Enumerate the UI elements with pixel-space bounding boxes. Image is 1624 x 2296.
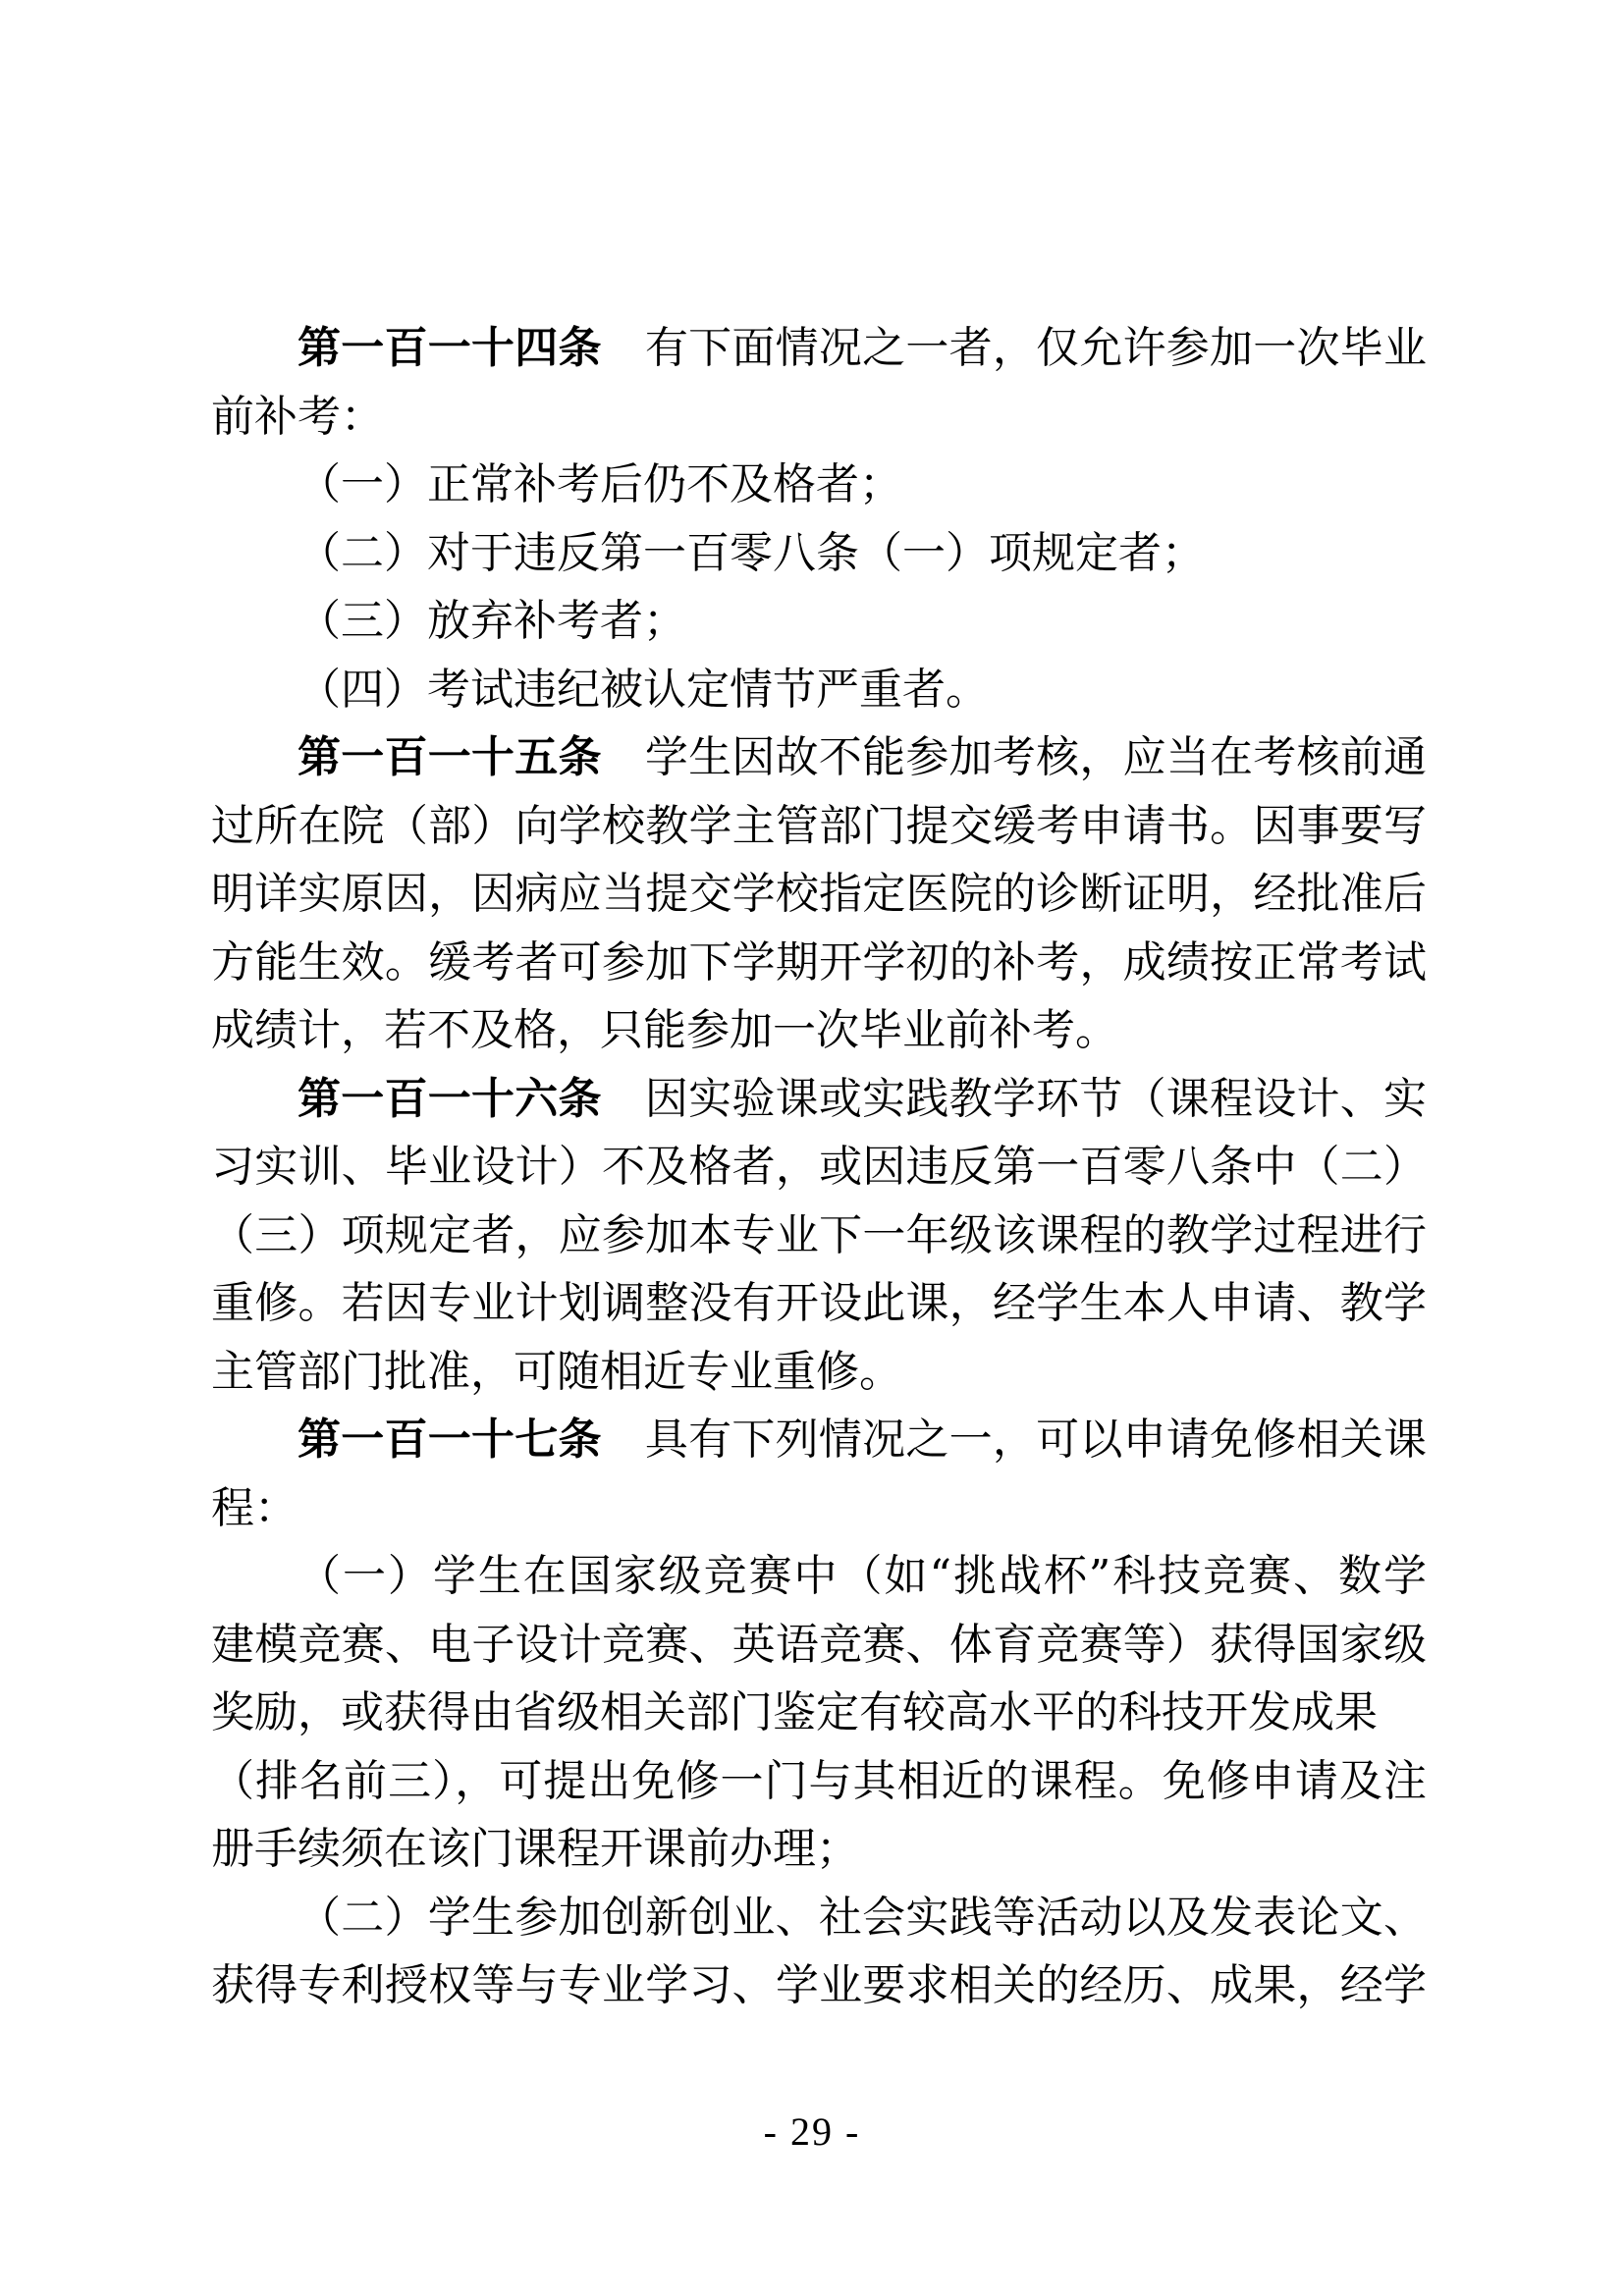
article-114-line: 前补考：: [211, 383, 1427, 452]
article-116-line: 重修。若因专业计划调整没有开设此课，经学生本人申请、教学: [211, 1269, 1427, 1338]
article-115-line: 方能生效。缓考者可参加下学期开学初的补考，成绩按正常考试: [211, 929, 1427, 997]
article-text: 有下面情况之一者，仅允许参加一次毕业: [645, 323, 1427, 373]
article-117-item-1-line: 奖励，或获得由省级相关部门鉴定有较高水平的科技开发成果: [211, 1679, 1427, 1747]
article-115-line: 明详实原因，因病应当提交学校指定医院的诊断证明，经批准后: [211, 860, 1427, 929]
page-number: - 29 -: [0, 2109, 1624, 2155]
article-117-item-1-line: （排名前三），可提出免修一门与其相近的课程。免修申请及注: [211, 1747, 1427, 1816]
body-text: 第一百一十四条有下面情况之一者，仅允许参加一次毕业 前补考： （一）正常补考后仍…: [211, 314, 1427, 2020]
article-114-item-4: （四）考试违纪被认定情节严重者。: [211, 656, 1427, 724]
article-117-item-2-line: （二）学生参加创新创业、社会实践等活动以及发表论文、: [211, 1884, 1427, 1952]
article-text: 因实验课或实践教学环节（课程设计、实: [645, 1074, 1427, 1124]
document-page: 第一百一十四条有下面情况之一者，仅允许参加一次毕业 前补考： （一）正常补考后仍…: [0, 0, 1624, 2296]
article-number: 第一百一十六条: [298, 1074, 602, 1124]
article-number: 第一百一十四条: [298, 323, 602, 373]
article-116-heading-line: 第一百一十六条因实验课或实践教学环节（课程设计、实: [211, 1065, 1427, 1134]
article-117-line: 程：: [211, 1474, 1427, 1543]
article-114-heading-line: 第一百一十四条有下面情况之一者，仅允许参加一次毕业: [211, 314, 1427, 383]
article-117-item-2-line: 获得专利授权等与专业学习、学业要求相关的经历、成果，经学: [211, 1951, 1427, 2020]
article-115-line: 过所在院（部）向学校教学主管部门提交缓考申请书。因事要写: [211, 792, 1427, 861]
article-117-heading-line: 第一百一十七条具有下列情况之一，可以申请免修相关课: [211, 1406, 1427, 1474]
article-116-line: 主管部门批准，可随相近专业重修。: [211, 1338, 1427, 1407]
article-number: 第一百一十七条: [298, 1415, 602, 1465]
article-117-item-1-line: 建模竞赛、电子设计竞赛、英语竞赛、体育竞赛等）获得国家级: [211, 1611, 1427, 1680]
article-117-item-1-line: （一）学生在国家级竞赛中（如“挑战杯”科技竞赛、数学: [211, 1542, 1427, 1611]
article-116-line: 习实训、毕业设计）不及格者，或因违反第一百零八条中（二）: [211, 1133, 1427, 1201]
article-114-item-2: （二）对于违反第一百零八条（一）项规定者；: [211, 519, 1427, 588]
article-number: 第一百一十五条: [298, 732, 602, 782]
article-114-item-3: （三）放弃补考者；: [211, 587, 1427, 656]
article-115-heading-line: 第一百一十五条学生因故不能参加考核，应当在考核前通: [211, 723, 1427, 792]
article-117-item-1-line: 册手续须在该门课程开课前办理；: [211, 1815, 1427, 1884]
article-116-line: （三）项规定者，应参加本专业下一年级该课程的教学过程进行: [211, 1201, 1427, 1270]
article-text: 具有下列情况之一，可以申请免修相关课: [645, 1415, 1427, 1465]
article-114-item-1: （一）正常补考后仍不及格者；: [211, 451, 1427, 519]
article-115-line: 成绩计，若不及格，只能参加一次毕业前补考。: [211, 996, 1427, 1065]
article-text: 学生因故不能参加考核，应当在考核前通: [645, 732, 1427, 782]
